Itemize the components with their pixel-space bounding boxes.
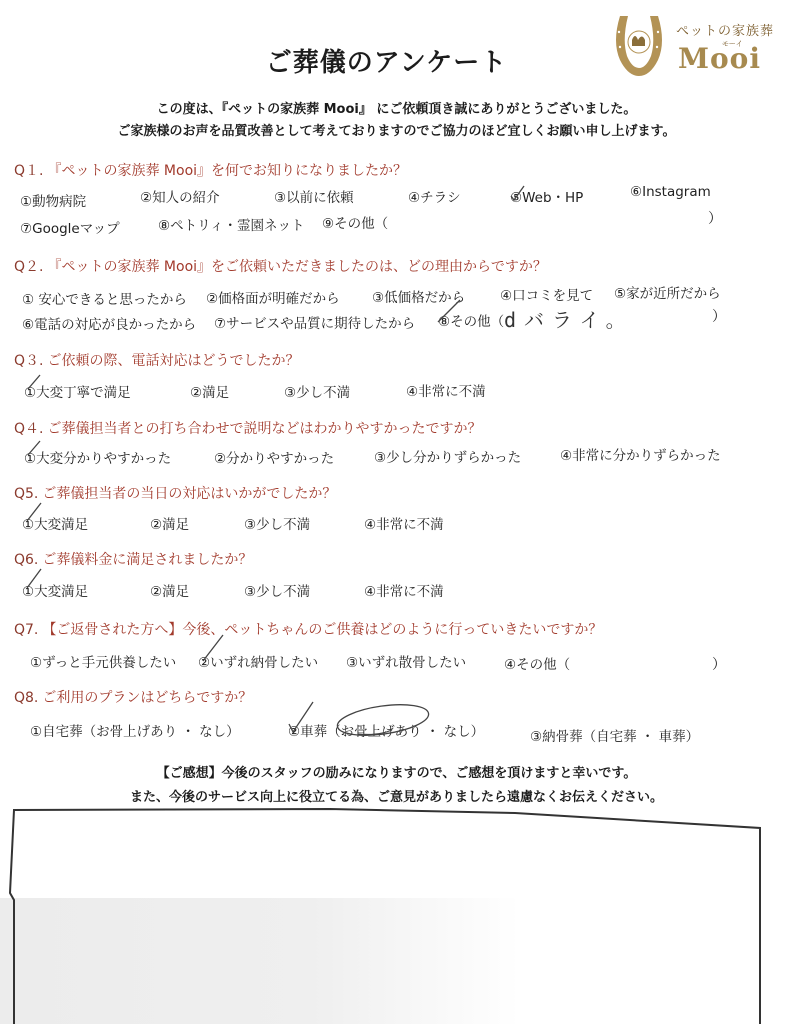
q2-option-7[interactable]: ⑦サービスや品質に期待したから [214,312,415,332]
question-text: ご葬儀料金に満足されましたか？ [42,552,252,568]
horseshoe-emblem-icon: M [610,12,668,78]
q1-option-2[interactable]: ②知人の紹介 [140,186,220,206]
question-text: ご依頼の際、電話対応はどうでしたか？ [47,353,299,369]
question-text: ご葬儀担当者との打ち合わせで説明などはわかりやすかったですか？ [47,421,481,437]
question-text: 【ご返骨された方へ】今後、ペットちゃんのご供養はどのように行っていきたいですか？ [42,622,602,638]
q2-option-6[interactable]: ⑥電話の対応が良かったから [22,313,196,333]
q2-option-4[interactable]: ④口コミを見て [500,284,593,304]
question-6: Q6.ご葬儀料金に満足されましたか？ [14,549,252,569]
q1-option-8[interactable]: ⑧ペトリィ・霊園ネット [158,214,305,234]
q6-option-3[interactable]: ③少し不満 [244,580,310,600]
q1-option-3[interactable]: ③以前に依頼 [274,186,354,206]
q7-option-3[interactable]: ③いずれ散骨したい [346,651,466,671]
intro-line-2: ご家族様のお声を品質改善として考えておりますのでご協力のほど宜しくお願い申し上げ… [0,120,793,139]
q3-option-4[interactable]: ④非常に不満 [406,380,486,400]
q7-option-4[interactable]: ④その他（ [504,653,570,673]
q2-option-2[interactable]: ②価格面が明確だから [206,287,340,307]
q5-option-1[interactable]: ①大変満足 [22,513,88,533]
q7-option-2[interactable]: ②いずれ納骨したい [198,651,318,671]
q8-option-3[interactable]: ③納骨葬（自宅葬 ・ 車葬） [530,725,699,745]
q5-option-3[interactable]: ③少し不満 [244,513,310,533]
q3-option-2[interactable]: ②満足 [190,381,229,401]
question-1: Q１.『ペットの家族葬 Mooi』を何でお知りになりましたか？ [14,160,407,180]
question-number: Q8. [14,690,38,706]
q8-option-1[interactable]: ①自宅葬（お骨上げあり ・ なし） [30,720,240,740]
question-text: 『ペットの家族葬 Mooi』を何でお知りになりましたか？ [47,163,407,179]
mooi-logo: M ペットの家族葬 モーイ Mooi [610,12,790,80]
question-3: Q３.ご依頼の際、電話対応はどうでしたか？ [14,350,299,370]
question-number: Q5. [14,486,38,502]
question-5: Q5.ご葬儀担当者の当日の対応はいかがでしたか？ [14,483,336,503]
q4-option-3[interactable]: ③少し分かりずらかった [374,446,521,466]
q2-option-3[interactable]: ③低価格だから [372,286,465,306]
intro-line-1: この度は、『ペットの家族葬 Mooi』 にご依頼頂き誠にありがとうございました。 [0,98,793,117]
question-number: Q３. [14,353,43,369]
q2-option-1[interactable]: ① 安心できると思ったから [22,288,187,308]
q1-option-1[interactable]: ①動物病院 [20,190,86,210]
q6-option-2[interactable]: ②満足 [150,580,189,600]
svg-text:M: M [635,57,643,66]
q5-option-4[interactable]: ④非常に不満 [364,513,444,533]
q4-option-2[interactable]: ②分かりやすかった [214,447,334,467]
question-2: Q２.『ペットの家族葬 Mooi』をご依頼いただきましたのは、どの理由からですか… [14,256,547,276]
logo-brand: Mooi [678,42,761,75]
q4-option-1[interactable]: ①大変分かりやすかった [24,447,171,467]
q3-option-1[interactable]: ①大変丁寧で満足 [24,381,131,401]
logo-tagline: ペットの家族葬 [676,20,774,39]
question-text: ご利用のプランはどちらですか？ [42,690,252,706]
question-8: Q8.ご利用のプランはどちらですか？ [14,687,252,707]
q1-option-5[interactable]: ⑤Web・HP [510,186,583,206]
q1-option-7[interactable]: ⑦Googleマップ [20,217,120,237]
q5-option-2[interactable]: ②満足 [150,513,189,533]
q4-option-4[interactable]: ④非常に分かりずらかった [560,444,721,464]
comment-box[interactable] [20,820,750,1020]
question-number: Q7. [14,622,38,638]
q2-other-handwritten[interactable]: dバライ。 [504,304,634,333]
q6-option-1[interactable]: ①大変満足 [22,580,88,600]
q2-other-close: ） [712,306,726,326]
q1-other-close: ） [708,208,722,228]
q1-option-6[interactable]: ⑥Instagram [630,184,711,200]
q2-option-5[interactable]: ⑤家が近所だから [614,282,721,302]
survey-page: ご葬儀のアンケート M ペットの家族葬 モーイ Mooi この度は、『ペットの家… [0,0,793,1024]
q7-option-1[interactable]: ①ずっと手元供養したい [30,651,176,671]
question-text: 『ペットの家族葬 Mooi』をご依頼いただきましたのは、どの理由からですか？ [47,259,546,275]
q8-option-2[interactable]: ②車葬（お骨上げあり ・ なし） [288,720,484,740]
question-number: Q１. [14,163,43,179]
q6-option-4[interactable]: ④非常に不満 [364,580,444,600]
q1-option-9[interactable]: ⑨その他（ [322,212,388,232]
q2-option-8[interactable]: ⑧その他（ [438,310,504,330]
question-number: Q２. [14,259,43,275]
question-text: ご葬儀担当者の当日の対応はいかがでしたか？ [42,486,336,502]
q7-other-close: ） [712,654,726,674]
question-number: Q４. [14,421,43,437]
q3-option-3[interactable]: ③少し不満 [284,381,350,401]
q1-option-4[interactable]: ④チラシ [408,186,461,206]
closing-line-2: また、今後のサービス向上に役立てる為、ご意見がありましたら遠慮なくお伝えください… [0,786,793,805]
closing-line-1: 【ご感想】今後のスタッフの励みになりますので、ご感想を頂けますと幸いです。 [0,762,793,781]
question-number: Q6. [14,552,38,568]
question-7: Q7.【ご返骨された方へ】今後、ペットちゃんのご供養はどのように行っていきたいで… [14,619,602,639]
question-4: Q４.ご葬儀担当者との打ち合わせで説明などはわかりやすかったですか？ [14,418,481,438]
